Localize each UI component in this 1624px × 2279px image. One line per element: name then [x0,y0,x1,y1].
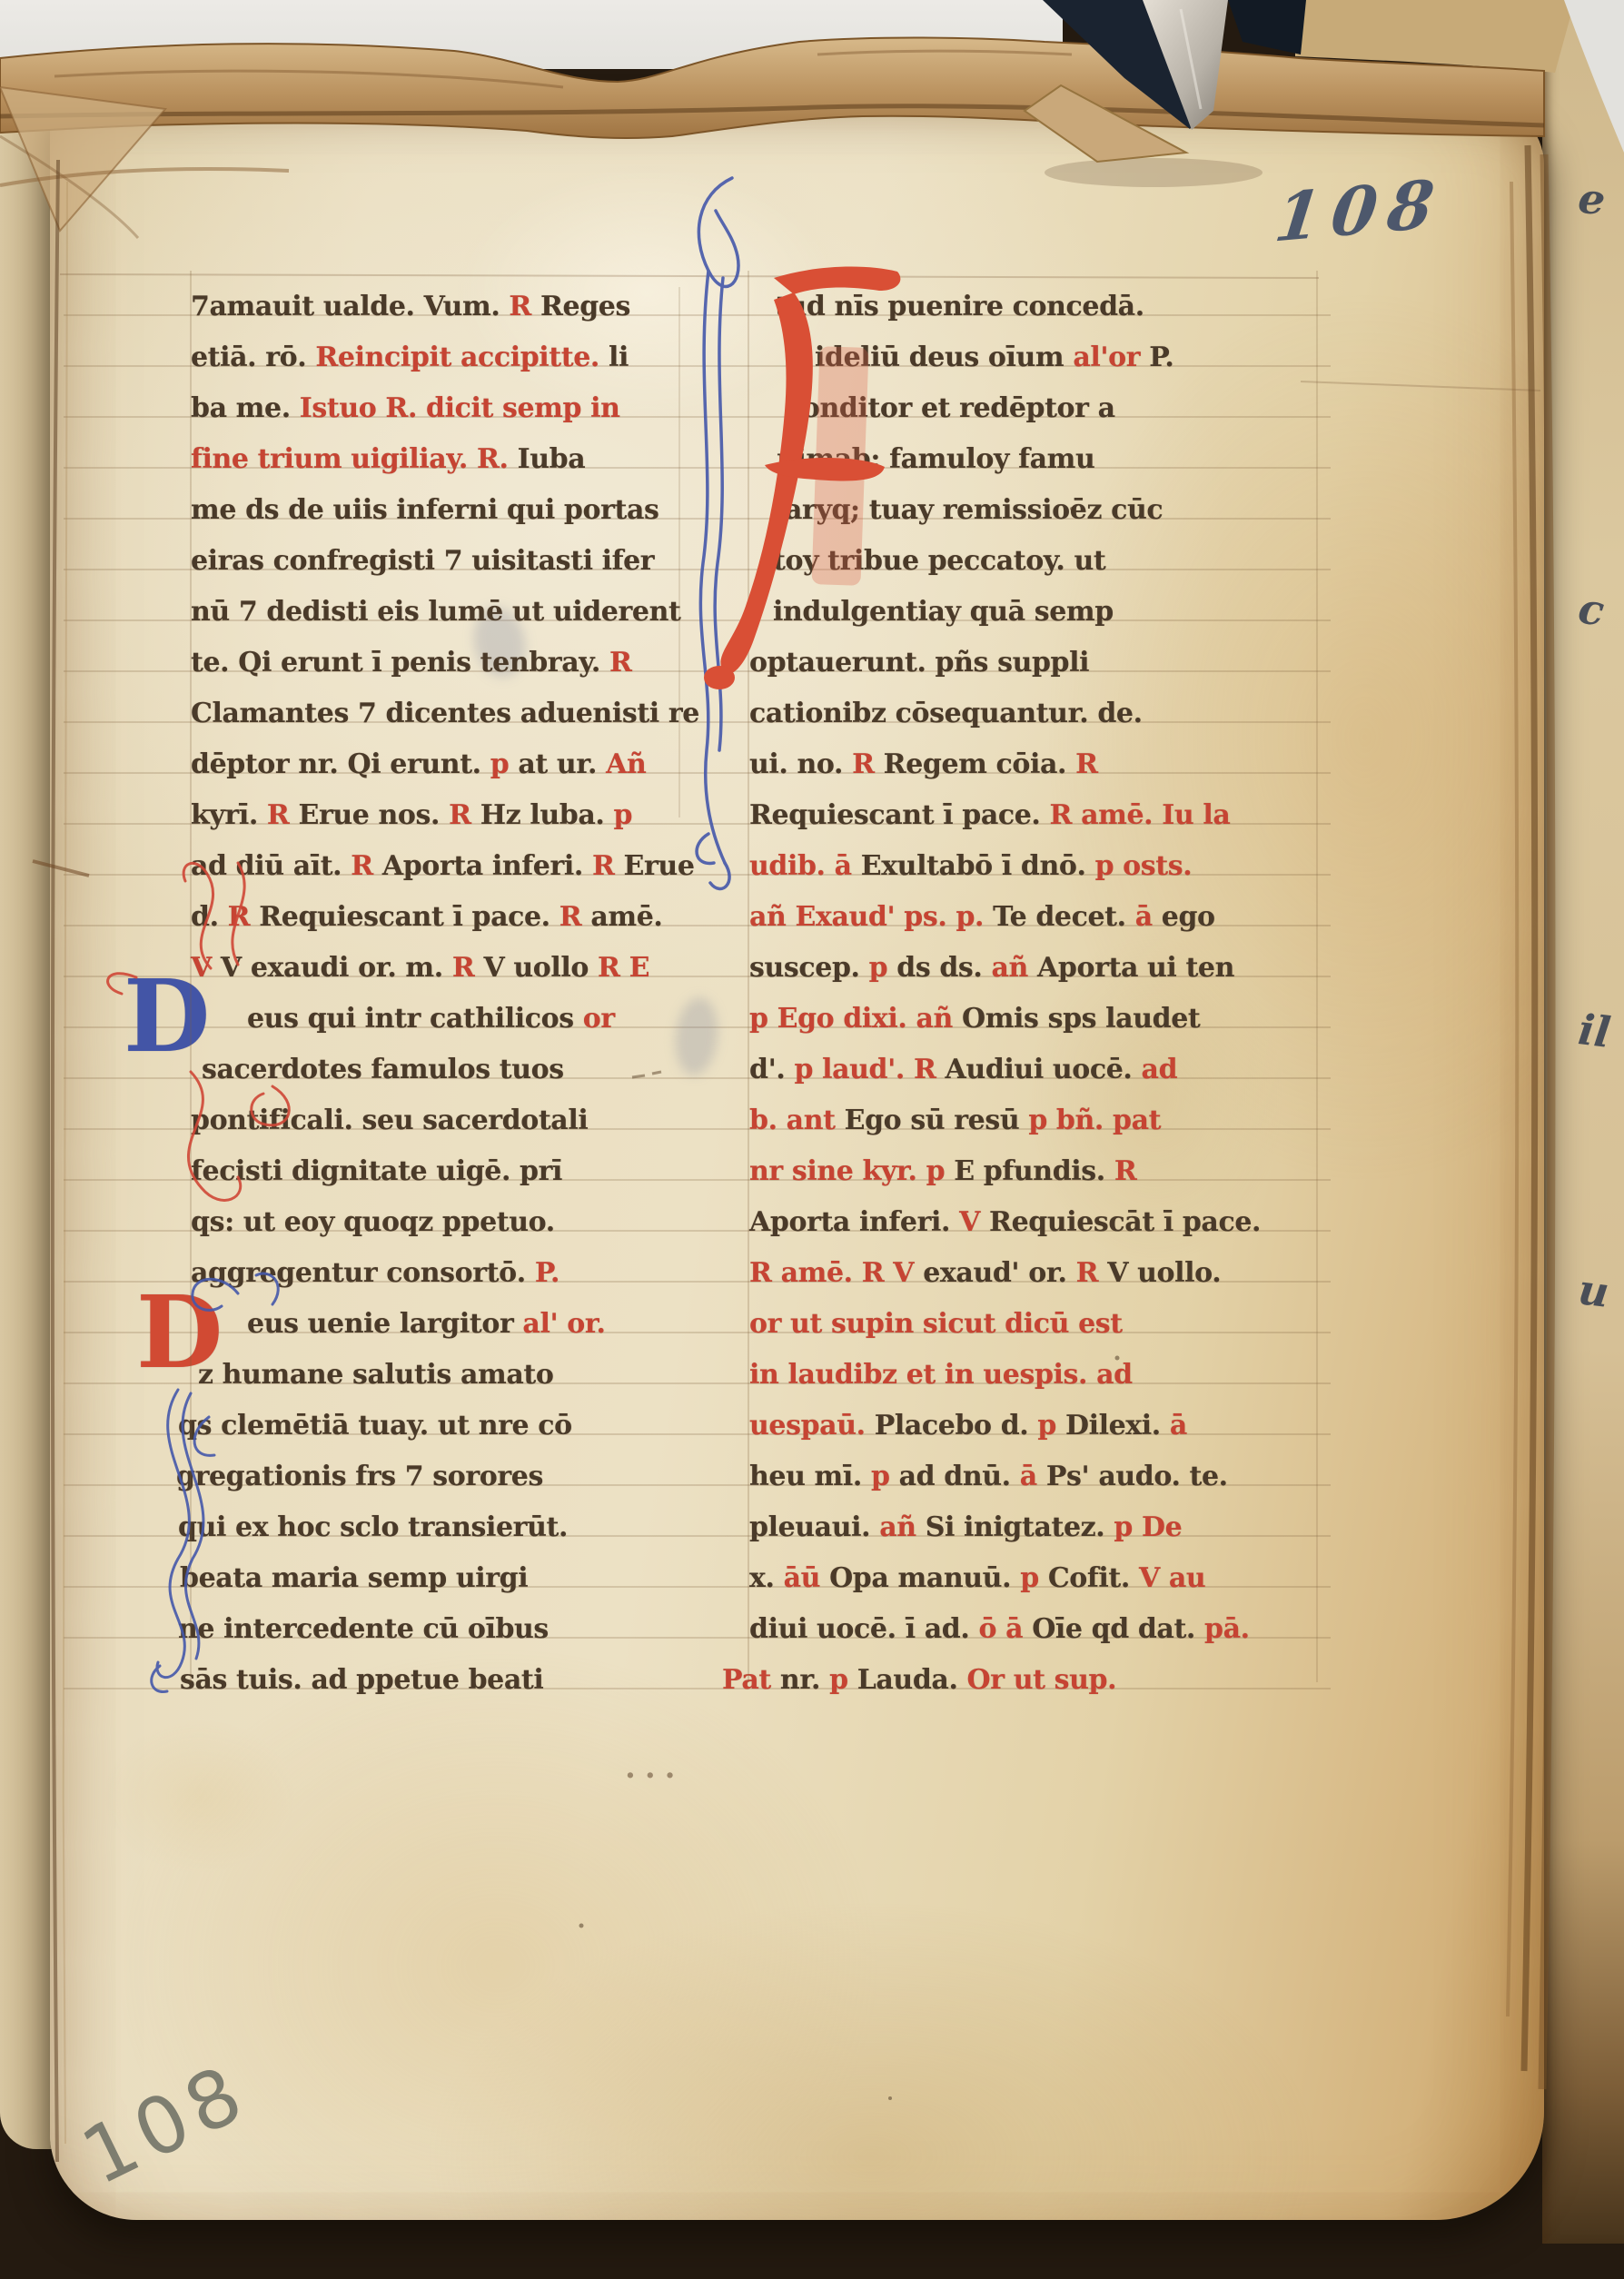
text-line: ad diū aīt. R Aporta inferi. R Erue [191,847,695,887]
rubric-text: añ [992,952,1038,984]
rubric-text: udib. ā [749,850,861,882]
rubric-text: āū [784,1562,830,1594]
text-line: cationibz cōsequantur. de. [749,694,1143,734]
text-line: gregationis frs 7 sorores [176,1457,543,1497]
rubric-text: R [351,850,382,882]
text-line: fecisti dignitate uigē. prī [191,1152,562,1192]
text-line: ui. no. R Regem cōia. R [749,745,1098,785]
rubric-text: R [267,799,299,831]
rubric-text: Pat [722,1664,780,1696]
body-text: conditor et redēptor a [786,392,1115,424]
rubric-text: nr sine kyr. p [749,1155,954,1187]
rubric-text: R [852,748,884,780]
body-text: nimab; famuloy famu [777,443,1094,475]
text-line: p Ego dixi. añ Omis sps laudet [749,999,1200,1039]
body-text: V uollo. [1107,1257,1221,1289]
body-text: qui ex hoc sclo transierūt. [178,1511,568,1543]
manuscript-photo: 7amauit ualde. Vum. R Regesetiā. rō. Rei… [0,0,1624,2279]
text-line: añ Exaud' ps. p. Te decet. ā ego [749,897,1215,937]
body-text: pleuaui. [749,1511,879,1543]
body-text: ad dnū. [899,1461,1020,1492]
body-text: me ds de uiis inferni qui portas [191,494,659,526]
text-line: Clamantes 7 dicentes aduenisti re [191,694,699,734]
body-text: Omis sps laudet [962,1003,1200,1035]
body-text: ne intercedente cū oībus [178,1613,549,1645]
text-line: pontificali. seu sacerdotali [191,1101,588,1141]
rubric-text: R [1114,1155,1137,1187]
text-line: indulgentiay quā semp [773,592,1114,632]
body-text: Opa manuū. [829,1562,1020,1594]
body-text: laryq; tuay remissioēz cūc [775,494,1163,526]
text-line: V V exaudi or. m. R V uollo R E [191,948,649,988]
rubric-text: ā [1170,1410,1187,1442]
body-text: exaud' or. [923,1257,1075,1289]
body-text: pontificali. seu sacerdotali [191,1105,588,1136]
body-text: Oīe qd dat. [1032,1613,1204,1645]
body-text: Requiescant ī pace. [259,901,559,933]
text-line: eiras confregisti 7 uisitasti ifer [191,541,654,581]
rubric-text: p [1020,1562,1048,1594]
text-line: udib. ā Exultabō ī dnō. p osts. [749,847,1192,887]
text-line: tud nīs puenire concedā. [775,287,1144,327]
body-text: eus qui intr cathilicos [247,1003,583,1035]
text-layer: 7amauit ualde. Vum. R Regesetiā. rō. Rei… [0,0,1624,2279]
text-line: optauerunt. pñs suppli [749,643,1089,683]
text-line: qui ex hoc sclo transierūt. [178,1508,568,1548]
text-line: d'. p laud'. R Audiui uocē. ad [749,1050,1177,1090]
text-line: suscep. p ds ds. añ Aporta ui ten [749,948,1234,988]
body-text: gregationis frs 7 sorores [176,1461,543,1492]
rubric-text: p De [1114,1511,1182,1543]
body-text: qs clemētiā tuay. ut nre cō [178,1410,572,1442]
body-text: Ps' audo. te. [1046,1461,1228,1492]
rubric-text: Or ut sup. [967,1664,1117,1696]
text-line: beata maria semp uirgi [180,1559,528,1599]
text-line: Pat nr. p Lauda. Or ut sup. [722,1660,1116,1700]
body-text: z humane salutis amato [198,1359,553,1391]
body-text: P. [1149,342,1173,373]
body-text: at ur. [518,748,606,780]
rubric-text: p bñ. pat [1028,1105,1161,1136]
body-text: d. [191,901,228,933]
text-line: pleuaui. añ Si inigtatez. p De [749,1508,1182,1548]
text-line: z humane salutis amato [198,1355,553,1395]
body-text: sās tuis. ad ppetue beati [180,1664,543,1696]
body-text: V uollo [483,952,598,984]
body-text: E pfundis. [954,1155,1114,1187]
body-text: Lauda. [857,1664,967,1696]
text-line: diui uocē. ī ad. ō ā Oīe qd dat. pā. [749,1610,1250,1650]
edge-writing-marks: ecilu [1575,0,1624,2279]
body-text: ego [1162,901,1215,933]
rubric-text: R [592,850,624,882]
text-line: te. Qi erunt ī penis tenbray. R [191,643,631,683]
body-text: nr. [780,1664,829,1696]
rubric-text: p [613,799,632,831]
body-text: Te decet. [993,901,1135,933]
text-line: aggregentur consortō. P. [191,1253,559,1293]
text-line: nr sine kyr. p E pfundis. R [749,1152,1136,1192]
body-text: Erue [624,850,695,882]
rubric-text: R amē. Iu la [1050,799,1231,831]
rubric-text: añ [879,1511,926,1543]
body-text: Reges [540,291,630,322]
body-text: ad diū aīt. [191,850,351,882]
rubric-text: R [1076,1257,1108,1289]
body-text: heu mī. [749,1461,871,1492]
rubric-text: R [1075,748,1098,780]
rubric-text: al' or. [522,1308,605,1340]
body-text: fecisti dignitate uigē. prī [191,1155,562,1187]
rubric-text: P. [535,1257,559,1289]
rubric-text: p [1037,1410,1065,1442]
text-line: sās tuis. ad ppetue beati [180,1660,543,1700]
body-text: Dilexi. [1065,1410,1170,1442]
text-line: uespaū. Placebo d. p Dilexi. ā [749,1406,1187,1446]
body-text: ds ds. [896,952,991,984]
rubric-text: ā [1020,1461,1046,1492]
text-line: conditor et redēptor a [786,389,1115,429]
rubric-text: or [583,1003,615,1035]
text-line: eus uenie largitor al' or. [247,1304,606,1344]
body-text: eiras confregisti 7 uisitasti ifer [191,545,654,577]
rubric-text: R [559,901,591,933]
body-text: Exultabō ī dnō. [861,850,1095,882]
body-text: nū 7 dedisti eis lumē ut uiderent [191,596,680,628]
body-text: beata maria semp uirgi [180,1562,528,1594]
body-text: te. Qi erunt ī penis tenbray. [191,647,609,679]
body-text: Aporta inferi. [749,1206,959,1238]
rubric-text: Reincipit accipitte. [315,342,609,373]
body-text: ui. no. [749,748,852,780]
rubric-text: in laudibz et in uespis. ad [749,1359,1133,1391]
body-text: ideliū deus oīum [815,342,1073,373]
edge-writing-mark: e [1576,176,1608,221]
text-line: qs clemētiā tuay. ut nre cō [178,1406,572,1446]
body-text: Cofit. [1048,1562,1139,1594]
text-line: nū 7 dedisti eis lumē ut uiderent [191,592,680,632]
body-text: eus uenie largitor [247,1308,522,1340]
rubric-text: p osts. [1095,850,1193,882]
body-text: etiā. rō. [191,342,315,373]
body-text: ba me. [191,392,300,424]
rubric-text: pā. [1204,1613,1250,1645]
body-text: x. [749,1562,784,1594]
text-line: d. R Requiescant ī pace. R amē. [191,897,662,937]
edge-writing-mark: il [1576,1008,1612,1054]
body-text: cationibz cōsequantur. de. [749,698,1143,729]
text-line: qs: ut eoy quoqz ppetuo. [191,1203,555,1243]
text-line: nimab; famuloy famu [777,440,1094,480]
body-text: Hz luba. [480,799,614,831]
text-line: or ut supin sicut dicū est [749,1304,1123,1344]
body-text: Requiescant ī pace. [749,799,1050,831]
body-text: Regem cōia. [884,748,1075,780]
rubric-text: R amē. R V [749,1257,923,1289]
text-line: ne intercedente cū oībus [178,1610,549,1650]
rubric-text: Añ [606,748,646,780]
body-text: aggregentur consortō. [191,1257,535,1289]
rubric-text: or ut supin sicut dicū est [749,1308,1123,1340]
body-text: Iuba [518,443,586,475]
text-line: fine trium uigiliay. R. Iuba [191,440,585,480]
rubric-text: p [829,1664,857,1696]
rubric-text: V [959,1206,989,1238]
text-line: x. āū Opa manuū. p Cofit. V au [749,1559,1205,1599]
text-line: toy tribue peccatoy. ut [773,541,1105,581]
body-text: 7amauit ualde. Vum. [191,291,509,322]
rubric-text: b. ant [749,1105,845,1136]
body-text: Aporta ui ten [1037,952,1234,984]
text-line: R amē. R V exaud' or. R V uollo. [749,1253,1221,1293]
body-text: kyrī. [191,799,267,831]
text-line: sacerdotes famulos tuos [202,1050,564,1090]
body-text: V exaudi or. m. [221,952,452,984]
body-text: optauerunt. pñs suppli [749,647,1089,679]
body-text: suscep. [749,952,869,984]
text-line: eus qui intr cathilicos or [247,999,615,1039]
separator-dots: ··· [625,1760,685,1791]
rubric-text: ā [1135,901,1162,933]
body-text: indulgentiay quā semp [773,596,1114,628]
text-line: laryq; tuay remissioēz cūc [775,490,1163,530]
rubric-text: ō ā [978,1613,1032,1645]
body-text: Erue nos. [299,799,450,831]
rubric-text: R [449,799,480,831]
rubric-text: R [452,952,484,984]
rubric-text: p [869,952,897,984]
text-line: Aporta inferi. V Requiescāt ī pace. [749,1203,1261,1243]
rubric-text: V au [1139,1562,1205,1594]
body-text: Aporta inferi. [382,850,592,882]
body-text: Audiui uocē. [946,1054,1142,1085]
body-text: amē. [590,901,662,933]
body-text: qs: ut eoy quoqz ppetuo. [191,1206,555,1238]
text-line: dēptor nr. Qi erunt. p at ur. Añ [191,745,646,785]
rubric-text: R [228,901,260,933]
rubric-text: p Ego dixi. añ [749,1003,962,1035]
rubric-text: añ Exaud' ps. p. [749,901,993,933]
text-line: Requiescant ī pace. R amē. Iu la [749,796,1230,836]
rubric-text: al'or [1073,342,1149,373]
rubric-text: R [609,647,632,679]
rubric-text: uespaū. [749,1410,875,1442]
rubric-text: R [509,291,540,322]
body-text: Requiescāt ī pace. [989,1206,1261,1238]
rubric-text: ad [1142,1054,1178,1085]
illuminated-initial-d-blue: D [124,966,210,1066]
folio-number-ink: 108 [1272,170,1449,251]
text-line: ba me. Istuo R. dicit semp in [191,389,620,429]
rubric-text: Istuo R. dicit semp in [300,392,620,424]
rubric-text: p laud'. R [794,1054,945,1085]
body-text: Si inigtatez. [926,1511,1114,1543]
body-text: toy tribue peccatoy. ut [773,545,1105,577]
text-line: kyrī. R Erue nos. R Hz luba. p [191,796,632,836]
body-text: Ego sū resū [845,1105,1029,1136]
rubric-text: fine trium uigiliay. R. [191,443,518,475]
body-text: diui uocē. ī ad. [749,1613,978,1645]
body-text: Clamantes 7 dicentes aduenisti re [191,698,699,729]
text-line: heu mī. p ad dnū. ā Ps' audo. te. [749,1457,1228,1497]
rubric-text: p [490,748,519,780]
text-line: 7amauit ualde. Vum. R Reges [191,287,630,327]
text-line: b. ant Ego sū resū p bñ. pat [749,1101,1161,1141]
text-line: ideliū deus oīum al'or P. [815,338,1173,378]
body-text: dēptor nr. Qi erunt. [191,748,490,780]
body-text: li [609,342,629,373]
body-text: sacerdotes famulos tuos [202,1054,564,1085]
edge-writing-mark: c [1576,587,1606,631]
text-line: etiā. rō. Reincipit accipitte. li [191,338,629,378]
illuminated-initial-d-red: D [136,1283,223,1382]
rubric-text: p [871,1461,899,1492]
edge-writing-mark: u [1576,1268,1611,1313]
body-text: d'. [749,1054,794,1085]
text-line: in laudibz et in uespis. ad [749,1355,1133,1395]
text-line: me ds de uiis inferni qui portas [191,490,659,530]
body-text: Placebo d. [875,1410,1038,1442]
body-text: tud nīs puenire concedā. [775,291,1144,322]
rubric-text: R E [598,952,649,984]
